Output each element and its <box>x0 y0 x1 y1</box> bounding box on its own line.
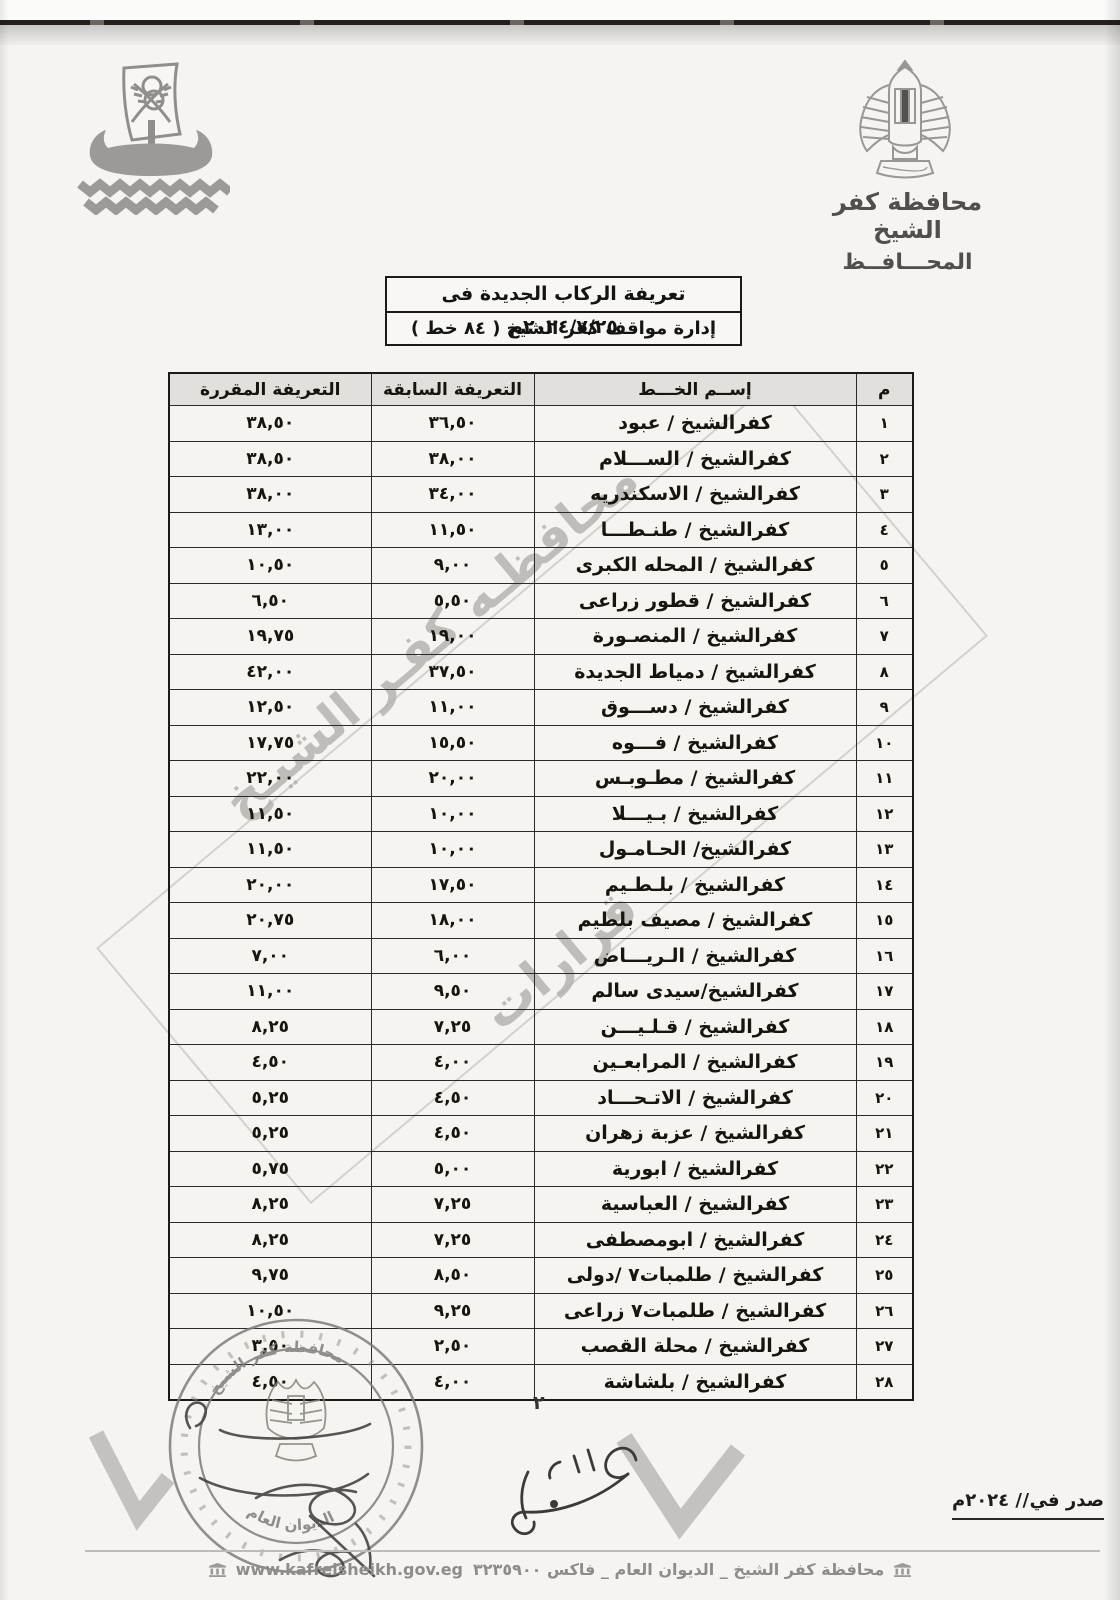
table-row: ١٦كفرالشيخ / الـريـــاض٦,٠٠٧,٠٠ <box>169 938 913 974</box>
title-line-department: إدارة مواقف كفر الشيخ ( ٨٤ خط ) <box>385 313 742 346</box>
title-line-tariff: تعريفة الركاب الجديدة فى ٢٠٢٤/٧/٢٥م <box>385 276 742 313</box>
cell-previous: ١١,٥٠ <box>371 512 534 548</box>
cell-previous: ٩,٥٠ <box>371 974 534 1010</box>
cell-previous: ٨,٥٠ <box>371 1258 534 1294</box>
header-approved-tariff: التعريفة المقررة <box>169 373 371 406</box>
cell-line: كفرالشيخ / بلشاشة <box>534 1364 856 1400</box>
table-row: ٧كفرالشيخ / المنصـورة١٩,٠٠١٩,٧٥ <box>169 619 913 655</box>
table-row: ١٨كفرالشيخ / قـلـيـــن٧,٢٥٨,٢٥ <box>169 1009 913 1045</box>
cell-approved: ١٢,٥٠ <box>169 690 371 726</box>
cell-previous: ٣٦,٥٠ <box>371 406 534 442</box>
cell-line: كفرالشيخ / الـريـــاض <box>534 938 856 974</box>
table-row: ٢٤كفرالشيخ / ابومصطفى٧,٢٥٨,٢٥ <box>169 1222 913 1258</box>
header-index: م <box>856 373 913 406</box>
table-row: ٢٥كفرالشيخ / طلمبات٧ /دولى٨,٥٠٩,٧٥ <box>169 1258 913 1294</box>
cell-index: ٧ <box>856 619 913 655</box>
footer: محافظة كفر الشيخ _ الديوان العام _ فاكس … <box>0 1560 1120 1579</box>
cell-line: كفرالشيخ / طلمبات٧ زراعى <box>534 1293 856 1329</box>
cell-approved: ٤٢,٠٠ <box>169 654 371 690</box>
issued-year: / ٢٠٢٤م <box>952 1490 1022 1511</box>
org-office: المحـــافــظ <box>800 250 1015 275</box>
table-row: ١١كفرالشيخ / مطـوبـس٢٠,٠٠٢٢,٠٠ <box>169 761 913 797</box>
table-header-row: م إســم الخـــط التعريفة السابقة التعريف… <box>169 373 913 406</box>
cell-index: ٢٠ <box>856 1080 913 1116</box>
cell-previous: ٦,٠٠ <box>371 938 534 974</box>
cell-line: كفرالشيخ / الســـلام <box>534 441 856 477</box>
cell-index: ١٨ <box>856 1009 913 1045</box>
cell-line: كفرالشيخ / الاسكندريه <box>534 477 856 513</box>
cell-previous: ١٩,٠٠ <box>371 619 534 655</box>
cell-line: كفرالشيخ / مطـوبـس <box>534 761 856 797</box>
cell-previous: ٧,٢٥ <box>371 1222 534 1258</box>
cell-index: ١٧ <box>856 974 913 1010</box>
cell-approved: ٢٢,٠٠ <box>169 761 371 797</box>
building-icon <box>894 1563 911 1577</box>
org-name: محافظة كفر الشيخ <box>800 188 1015 244</box>
cell-index: ١٣ <box>856 832 913 868</box>
org-title-block: محافظة كفر الشيخ المحـــافــظ <box>800 188 1015 275</box>
cell-index: ٢ <box>856 441 913 477</box>
cell-approved: ٨,٢٥ <box>169 1187 371 1223</box>
cell-index: ٢٧ <box>856 1329 913 1365</box>
table-row: ١٧كفرالشيخ/سيدى سالم٩,٥٠١١,٠٠ <box>169 974 913 1010</box>
table-row: ٢٢كفرالشيخ / ابورية٥,٠٠٥,٧٥ <box>169 1151 913 1187</box>
table-row: ٣كفرالشيخ / الاسكندريه٣٤,٠٠٣٨,٠٠ <box>169 477 913 513</box>
table-row: ١٥كفرالشيخ / مصيف بلطيم١٨,٠٠٢٠,٧٥ <box>169 903 913 939</box>
cell-line: كفرالشيخ / المرابعـين <box>534 1045 856 1081</box>
table-row: ٤كفرالشيخ / طنـطـــا١١,٥٠١٣,٠٠ <box>169 512 913 548</box>
cell-index: ٥ <box>856 548 913 584</box>
cell-approved: ١١,٥٠ <box>169 832 371 868</box>
cell-previous: ١٠,٠٠ <box>371 832 534 868</box>
cell-approved: ٧,٠٠ <box>169 938 371 974</box>
table-row: ١٩كفرالشيخ / المرابعـين٤,٠٠٤,٥٠ <box>169 1045 913 1081</box>
table-body: ١كفرالشيخ / عبود٣٦,٥٠٣٨,٥٠٢كفرالشيخ / ال… <box>169 406 913 1400</box>
cell-approved: ٣٨,٥٠ <box>169 406 371 442</box>
cell-index: ١٦ <box>856 938 913 974</box>
cell-line: كفرالشيخ / المحله الكبرى <box>534 548 856 584</box>
cell-line: كفرالشيخ / العباسية <box>534 1187 856 1223</box>
cell-index: ٦ <box>856 583 913 619</box>
header-line-name: إســم الخـــط <box>534 373 856 406</box>
cell-approved: ١١,٠٠ <box>169 974 371 1010</box>
table-row: ١كفرالشيخ / عبود٣٦,٥٠٣٨,٥٠ <box>169 406 913 442</box>
cell-approved: ٢٠,٠٠ <box>169 867 371 903</box>
cell-index: ١٩ <box>856 1045 913 1081</box>
cell-index: ٢٥ <box>856 1258 913 1294</box>
svg-text:محافظة كفر الشيخ: محافظة كفر الشيخ <box>205 1338 347 1398</box>
scan-left-edge <box>0 0 9 1600</box>
cell-index: ١٠ <box>856 725 913 761</box>
cell-index: ١ <box>856 406 913 442</box>
cell-index: ٢٤ <box>856 1222 913 1258</box>
cell-index: ١٤ <box>856 867 913 903</box>
issued-date-line: صدر في / / ٢٠٢٤م <box>952 1490 1104 1520</box>
cell-previous: ٩,٠٠ <box>371 548 534 584</box>
header-previous-tariff: التعريفة السابقة <box>371 373 534 406</box>
cell-line: كفرالشيخ / قطور زراعى <box>534 583 856 619</box>
footer-url: www.kafrelsheikh.gov.eg <box>236 1560 463 1579</box>
table-row: ٨كفرالشيخ / دمياط الجديدة٣٧,٥٠٤٢,٠٠ <box>169 654 913 690</box>
cell-previous: ١٨,٠٠ <box>371 903 534 939</box>
cell-approved: ٦,٥٠ <box>169 583 371 619</box>
cell-approved: ١٩,٧٥ <box>169 619 371 655</box>
cell-previous: ١٠,٠٠ <box>371 796 534 832</box>
official-round-stamp: محافظة كفر الشيخ الديوان العام <box>160 1310 432 1582</box>
cell-approved: ٨,٢٥ <box>169 1222 371 1258</box>
handwritten-signature <box>468 1408 668 1558</box>
cell-line: كفرالشيخ / بلـطـيم <box>534 867 856 903</box>
cell-line: كفرالشيخ / محلة القصب <box>534 1329 856 1365</box>
cell-approved: ٣٨,٥٠ <box>169 441 371 477</box>
table-row: ٢١كفرالشيخ / عزبة زهران٤,٥٠٥,٢٥ <box>169 1116 913 1152</box>
cell-index: ٣ <box>856 477 913 513</box>
cell-index: ٢٦ <box>856 1293 913 1329</box>
cell-line: كفرالشيخ / قـلـيـــن <box>534 1009 856 1045</box>
table-row: ١٤كفرالشيخ / بلـطـيم١٧,٥٠٢٠,٠٠ <box>169 867 913 903</box>
cell-previous: ٣٧,٥٠ <box>371 654 534 690</box>
cell-line: كفرالشيخ / مصيف بلطيم <box>534 903 856 939</box>
cell-approved: ٥,٢٥ <box>169 1080 371 1116</box>
table-row: ٢٠كفرالشيخ / الاتـحـــاد٤,٥٠٥,٢٥ <box>169 1080 913 1116</box>
cell-approved: ٥,٧٥ <box>169 1151 371 1187</box>
cell-line: كفرالشيخ / دســـوق <box>534 690 856 726</box>
cell-line: كفرالشيخ / الاتـحـــاد <box>534 1080 856 1116</box>
footer-divider <box>85 1550 1100 1552</box>
cell-previous: ٤,٥٠ <box>371 1080 534 1116</box>
cell-previous: ٤,٠٠ <box>371 1045 534 1081</box>
cell-index: ١٢ <box>856 796 913 832</box>
cell-previous: ٧,٢٥ <box>371 1187 534 1223</box>
issued-separator: / <box>1023 1490 1030 1511</box>
cell-previous: ٤,٥٠ <box>371 1116 534 1152</box>
issued-label: صدر في <box>1030 1490 1104 1511</box>
table-row: ٩كفرالشيخ / دســـوق١١,٠٠١٢,٥٠ <box>169 690 913 726</box>
cell-approved: ٤,٥٠ <box>169 1045 371 1081</box>
cell-line: كفرالشيخ / دمياط الجديدة <box>534 654 856 690</box>
table-row: ٢٣كفرالشيخ / العباسية٧,٢٥٨,٢٥ <box>169 1187 913 1223</box>
cell-index: ٢٣ <box>856 1187 913 1223</box>
cell-line: كفرالشيخ / بـيـــلا <box>534 796 856 832</box>
cell-line: كفرالشيخ / ابورية <box>534 1151 856 1187</box>
cell-line: كفرالشيخ / المنصـورة <box>534 619 856 655</box>
cell-index: ٨ <box>856 654 913 690</box>
cell-approved: ٩,٧٥ <box>169 1258 371 1294</box>
table-row: ٥كفرالشيخ / المحله الكبرى٩,٠٠١٠,٥٠ <box>169 548 913 584</box>
cell-approved: ٨,٢٥ <box>169 1009 371 1045</box>
cell-index: ٤ <box>856 512 913 548</box>
cell-previous: ٥,٥٠ <box>371 583 534 619</box>
cell-approved: ١١,٥٠ <box>169 796 371 832</box>
egypt-eagle-icon <box>845 55 965 187</box>
governorate-emblem-icon <box>72 60 230 215</box>
cell-line: كفرالشيخ/سيدى سالم <box>534 974 856 1010</box>
cell-index: ٢٢ <box>856 1151 913 1187</box>
scan-right-edge <box>1104 0 1120 1600</box>
cell-line: كفرالشيخ / عبود <box>534 406 856 442</box>
cell-line: كفرالشيخ / عزبة زهران <box>534 1116 856 1152</box>
cell-index: ١١ <box>856 761 913 797</box>
cell-line: كفرالشيخ/ الحـامـول <box>534 832 856 868</box>
cell-previous: ٢٠,٠٠ <box>371 761 534 797</box>
scan-shadow-band <box>0 25 1120 45</box>
cell-line: كفرالشيخ / طلمبات٧ /دولى <box>534 1258 856 1294</box>
cell-previous: ١٧,٥٠ <box>371 867 534 903</box>
table-row: ٦كفرالشيخ / قطور زراعى٥,٥٠٦,٥٠ <box>169 583 913 619</box>
cell-previous: ٥,٠٠ <box>371 1151 534 1187</box>
table-row: ١٣كفرالشيخ/ الحـامـول١٠,٠٠١١,٥٠ <box>169 832 913 868</box>
building-icon <box>209 1563 226 1577</box>
document-title: تعريفة الركاب الجديدة فى ٢٠٢٤/٧/٢٥م إدار… <box>385 276 742 346</box>
table-row: ١٠كفرالشيخ / فـــوه١٥,٥٠١٧,٧٥ <box>169 725 913 761</box>
cell-line: كفرالشيخ / طنـطـــا <box>534 512 856 548</box>
scanned-document-page: محافظـه كفـر الشيـخ قرارات <box>0 0 1120 1600</box>
cell-previous: ١١,٠٠ <box>371 690 534 726</box>
cell-index: ٢٨ <box>856 1364 913 1400</box>
cell-previous: ١٥,٥٠ <box>371 725 534 761</box>
table-row: ٢كفرالشيخ / الســـلام٣٨,٠٠٣٨,٥٠ <box>169 441 913 477</box>
cell-index: ٢١ <box>856 1116 913 1152</box>
fare-table: م إســم الخـــط التعريفة السابقة التعريف… <box>168 372 912 1401</box>
cell-previous: ٣٤,٠٠ <box>371 477 534 513</box>
cell-approved: ١٧,٧٥ <box>169 725 371 761</box>
table-row: ١٢كفرالشيخ / بـيـــلا١٠,٠٠١١,٥٠ <box>169 796 913 832</box>
cell-index: ١٥ <box>856 903 913 939</box>
cell-previous: ٣٨,٠٠ <box>371 441 534 477</box>
stamp-top-text: محافظة كفر الشيخ <box>205 1338 347 1398</box>
scan-top-margin <box>0 0 1120 20</box>
footer-text: محافظة كفر الشيخ _ الديوان العام _ فاكس … <box>473 1560 884 1579</box>
cell-approved: ١٣,٠٠ <box>169 512 371 548</box>
cell-previous: ٧,٢٥ <box>371 1009 534 1045</box>
cell-line: كفرالشيخ / ابومصطفى <box>534 1222 856 1258</box>
cell-index: ٩ <box>856 690 913 726</box>
cell-approved: ٥,٢٥ <box>169 1116 371 1152</box>
cell-line: كفرالشيخ / فـــوه <box>534 725 856 761</box>
cell-approved: ٣٨,٠٠ <box>169 477 371 513</box>
cell-approved: ١٠,٥٠ <box>169 548 371 584</box>
cell-approved: ٢٠,٧٥ <box>169 903 371 939</box>
